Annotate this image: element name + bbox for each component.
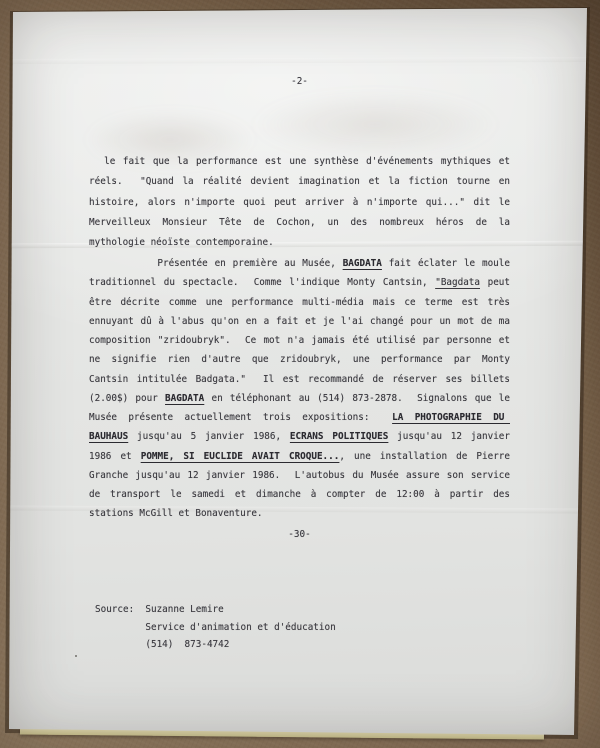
text-line: Merveilleux Monsieur Tête de Cochon, un … [89, 213, 510, 233]
text-line: traditionnel du spectacle. Comme l'indiq… [89, 273, 510, 292]
source-contact-block: Source: Suzanne Lemire Service d'animati… [95, 601, 336, 654]
bleed-through-mark [250, 92, 500, 157]
text-line: composition "zridoubryk". Ce mot n'a jam… [89, 331, 510, 350]
text-line: ne signifie rien d'autre que zridoubryk,… [89, 350, 510, 369]
text-line: Musée présente actuellement trois exposi… [89, 408, 510, 427]
paragraph-2: Présentée en première au Musée, BAGDATA … [89, 254, 510, 524]
end-of-release-marker: -30- [89, 529, 510, 540]
source-line-name: Source: Suzanne Lemire [95, 601, 336, 619]
text-line: stations McGill et Bonaventure. [89, 504, 510, 523]
text-line: Présentée en première au Musée, BAGDATA … [89, 254, 510, 273]
source-line-service: Service d'animation et d'éducation [95, 619, 336, 637]
text-line: Granche jusqu'au 12 janvier 1986. L'auto… [89, 466, 510, 485]
text-line: mythologie néoïste contemporaine. [89, 233, 510, 253]
paper-crease [0, 57, 600, 64]
text-line: histoire, alors n'importe quoi peut arri… [89, 193, 510, 213]
text-line: ennuyant dû à l'abus qu'on en a fait et … [89, 312, 510, 331]
text-line: le fait que la performance est une synth… [89, 152, 510, 172]
document-page: -2- le fait que la performance est une s… [0, 0, 600, 748]
text-line: Cantsin intitulée Badgata." Il est recom… [89, 370, 510, 389]
photographed-document: -2- le fait que la performance est une s… [0, 0, 600, 748]
text-line: être décrite comme une performance multi… [89, 293, 510, 312]
text-line: 1986 et POMME, SI EUCLIDE AVAIT CROQUE..… [89, 447, 510, 466]
text-line: BAUHAUS jusqu'au 5 janvier 1986, ECRANS … [89, 427, 510, 446]
text-line: (2.00$) pour BAGDATA en téléphonant au (… [89, 389, 510, 408]
text-line: de transport le samedi et dimanche à com… [89, 485, 510, 504]
paper-speck [75, 655, 77, 657]
text-line: réels. "Quand la réalité devient imagina… [89, 172, 510, 192]
page-number: -2- [89, 76, 510, 87]
paragraph-1: le fait que la performance est une synth… [89, 152, 510, 253]
source-line-phone: (514) 873-4742 [95, 636, 336, 654]
